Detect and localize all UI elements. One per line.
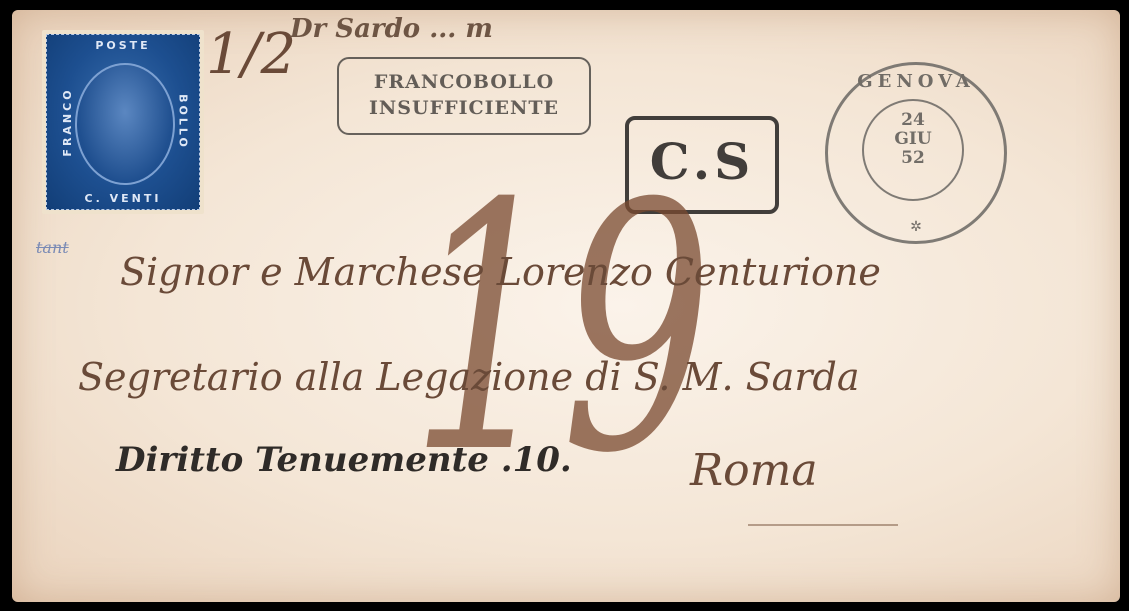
- top-handwriting: Dr Sardo ... m: [290, 14, 493, 44]
- tax-note: Diritto Tenuemente .10.: [116, 440, 572, 480]
- city-underline: [748, 524, 898, 526]
- insufficient-postage-postmark: FRANCOBOLLO INSUFFICIENTE: [337, 57, 591, 135]
- postmark-day: 24: [864, 111, 962, 130]
- stamp-right-text: BOLLO: [177, 94, 190, 150]
- address-line-3: Roma: [690, 445, 818, 496]
- stamp-bottom-text: C. VENTI: [47, 192, 199, 205]
- postmark-line-1: FRANCOBOLLO: [339, 69, 589, 95]
- stamp-design: POSTE FRANCO BOLLO C. VENTI: [46, 34, 200, 210]
- star-icon: ✲: [828, 219, 1004, 235]
- postmark-year: 52: [864, 149, 962, 168]
- fraction-marking: 1/2: [206, 22, 296, 87]
- postage-stamp: POSTE FRANCO BOLLO C. VENTI: [42, 30, 204, 214]
- postmark-date: 24 GIU 52: [862, 99, 964, 201]
- date-postmark: GENOVA 24 GIU 52 ✲: [825, 62, 1007, 244]
- stamp-left-text: FRANCO: [61, 87, 74, 156]
- stamp-top-text: POSTE: [47, 39, 199, 52]
- address-line-2: Segretario alla Legazione di S. M. Sarda: [78, 355, 860, 399]
- postmark-month: GIU: [864, 130, 962, 149]
- postmark-city: GENOVA: [828, 71, 1004, 92]
- stamp-portrait: [75, 63, 175, 185]
- postmark-line-2: INSUFFICIENTE: [339, 95, 589, 121]
- crossed-note: tant: [36, 238, 69, 257]
- address-line-1: Signor e Marchese Lorenzo Centurione: [120, 250, 881, 294]
